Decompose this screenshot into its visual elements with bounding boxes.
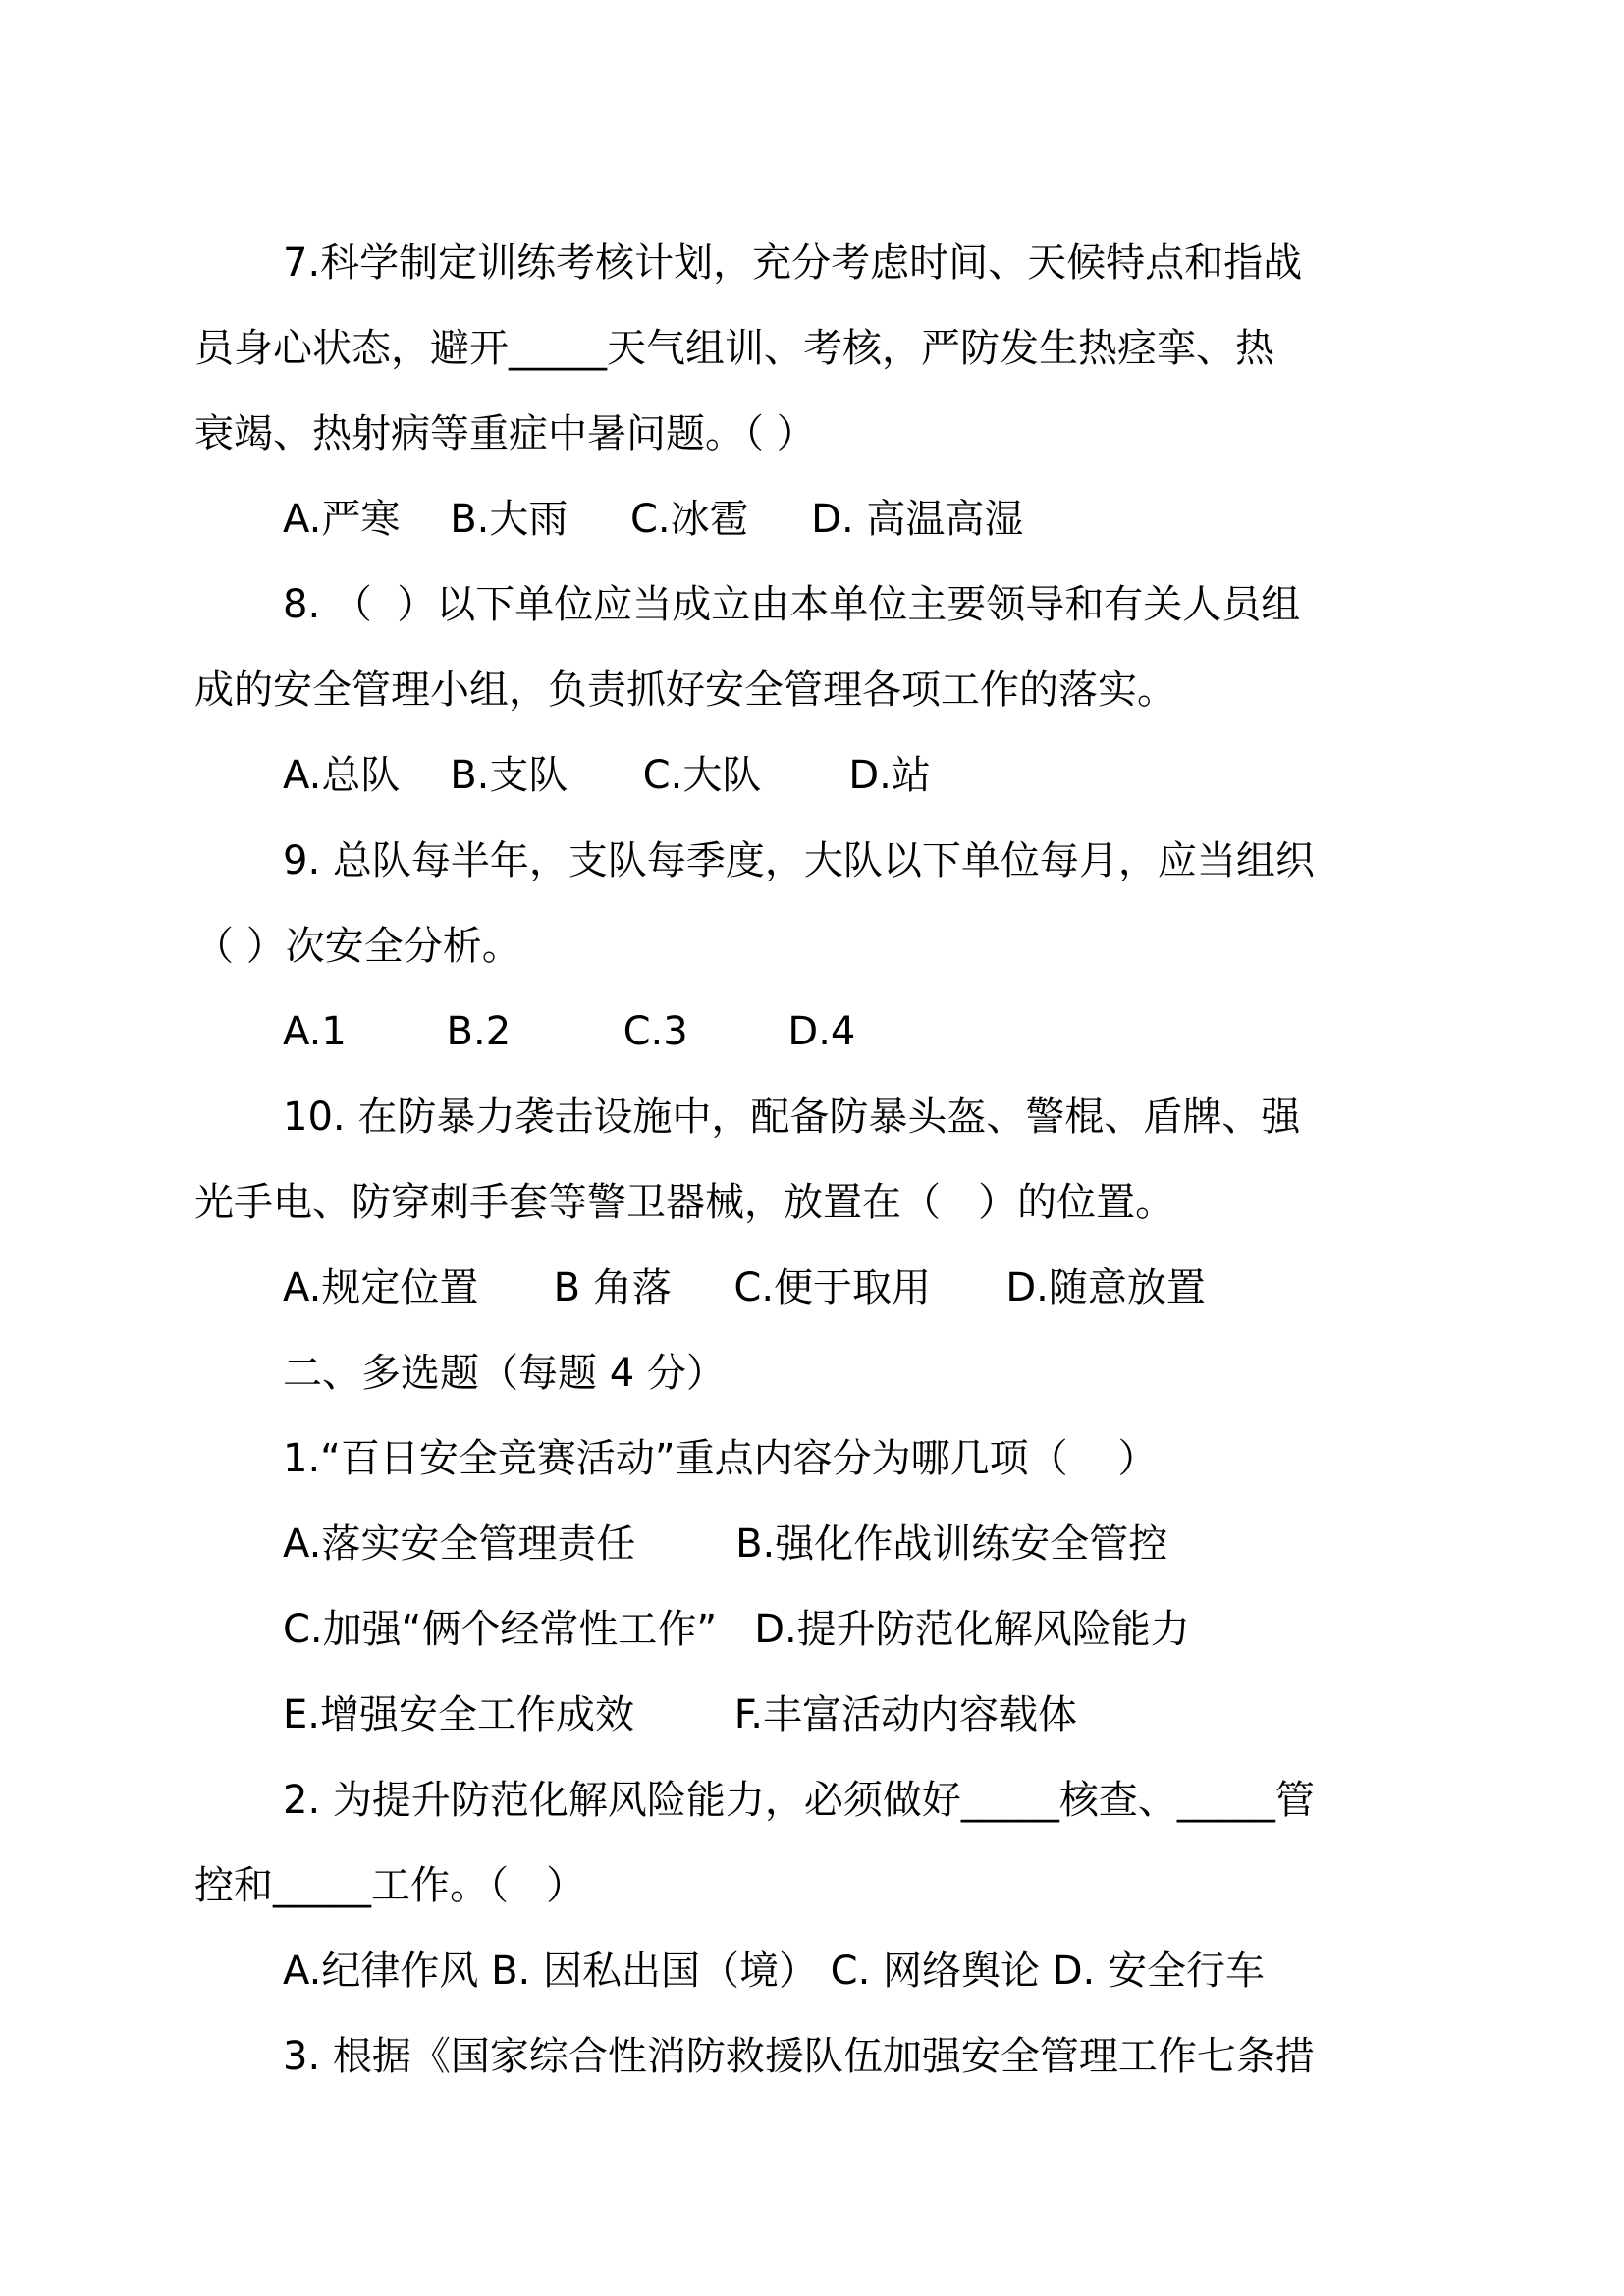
q8-line-1: 8. （ ）以下单位应当成立由本单位主要领导和有关人员组 bbox=[194, 575, 1439, 661]
q7-options: A.严寒 B.大雨 C.冰雹 D. 高温高湿 bbox=[194, 490, 1439, 575]
q7-line-1: 7.科学制定训练考核计划，充分考虑时间、天候特点和指战 bbox=[194, 234, 1439, 319]
q9-line-2: （ ）次安全分析。 bbox=[194, 917, 1439, 1002]
q9-options: A.1 B.2 C.3 D.4 bbox=[194, 1002, 1439, 1088]
mq3-line-1: 3. 根据《国家综合性消防救援队伍加强安全管理工作七条措 bbox=[194, 2027, 1439, 2112]
mq2-line-2: 控和_____工作。（ ） bbox=[194, 1856, 1439, 1942]
q10-line-2: 光手电、防穿刺手套等警卫器械，放置在（ ）的位置。 bbox=[194, 1173, 1439, 1258]
q8-options: A.总队 B.支队 C.大队 D.站 bbox=[194, 746, 1439, 831]
mq1-line-1: 1.“百日安全竞赛活动”重点内容分为哪几项（ ） bbox=[194, 1429, 1439, 1515]
mq1-options-ab: A.落实安全管理责任 B.强化作战训练安全管控 bbox=[194, 1515, 1439, 1600]
mq1-options-cd: C.加强“俩个经常性工作” D.提升防范化解风险能力 bbox=[194, 1600, 1439, 1685]
mq1-options-ef: E.增强安全工作成效 F.丰富活动内容载体 bbox=[194, 1685, 1439, 1771]
q8-line-2: 成的安全管理小组，负责抓好安全管理各项工作的落实。 bbox=[194, 661, 1439, 746]
q10-options: A.规定位置 B 角落 C.便于取用 D.随意放置 bbox=[194, 1258, 1439, 1344]
mq2-options: A.纪律作风 B. 因私出国（境） C. 网络舆论 D. 安全行车 bbox=[194, 1942, 1439, 2027]
document-page: 7.科学制定训练考核计划，充分考虑时间、天候特点和指战 员身心状态，避开____… bbox=[194, 234, 1439, 2112]
q7-line-2: 员身心状态，避开_____天气组训、考核，严防发生热痉挛、热 bbox=[194, 319, 1439, 404]
q9-line-1: 9. 总队每半年，支队每季度，大队以下单位每月，应当组织 bbox=[194, 831, 1439, 917]
q10-line-1: 10. 在防暴力袭击设施中，配备防暴头盔、警棍、盾牌、强 bbox=[194, 1088, 1439, 1173]
mq2-line-1: 2. 为提升防范化解风险能力，必须做好_____核查、_____管 bbox=[194, 1771, 1439, 1856]
section-heading-multiple-choice: 二、多选题（每题 4 分） bbox=[194, 1344, 1439, 1429]
q7-line-3: 衰竭、热射病等重症中暑问题。（ ） bbox=[194, 404, 1439, 490]
